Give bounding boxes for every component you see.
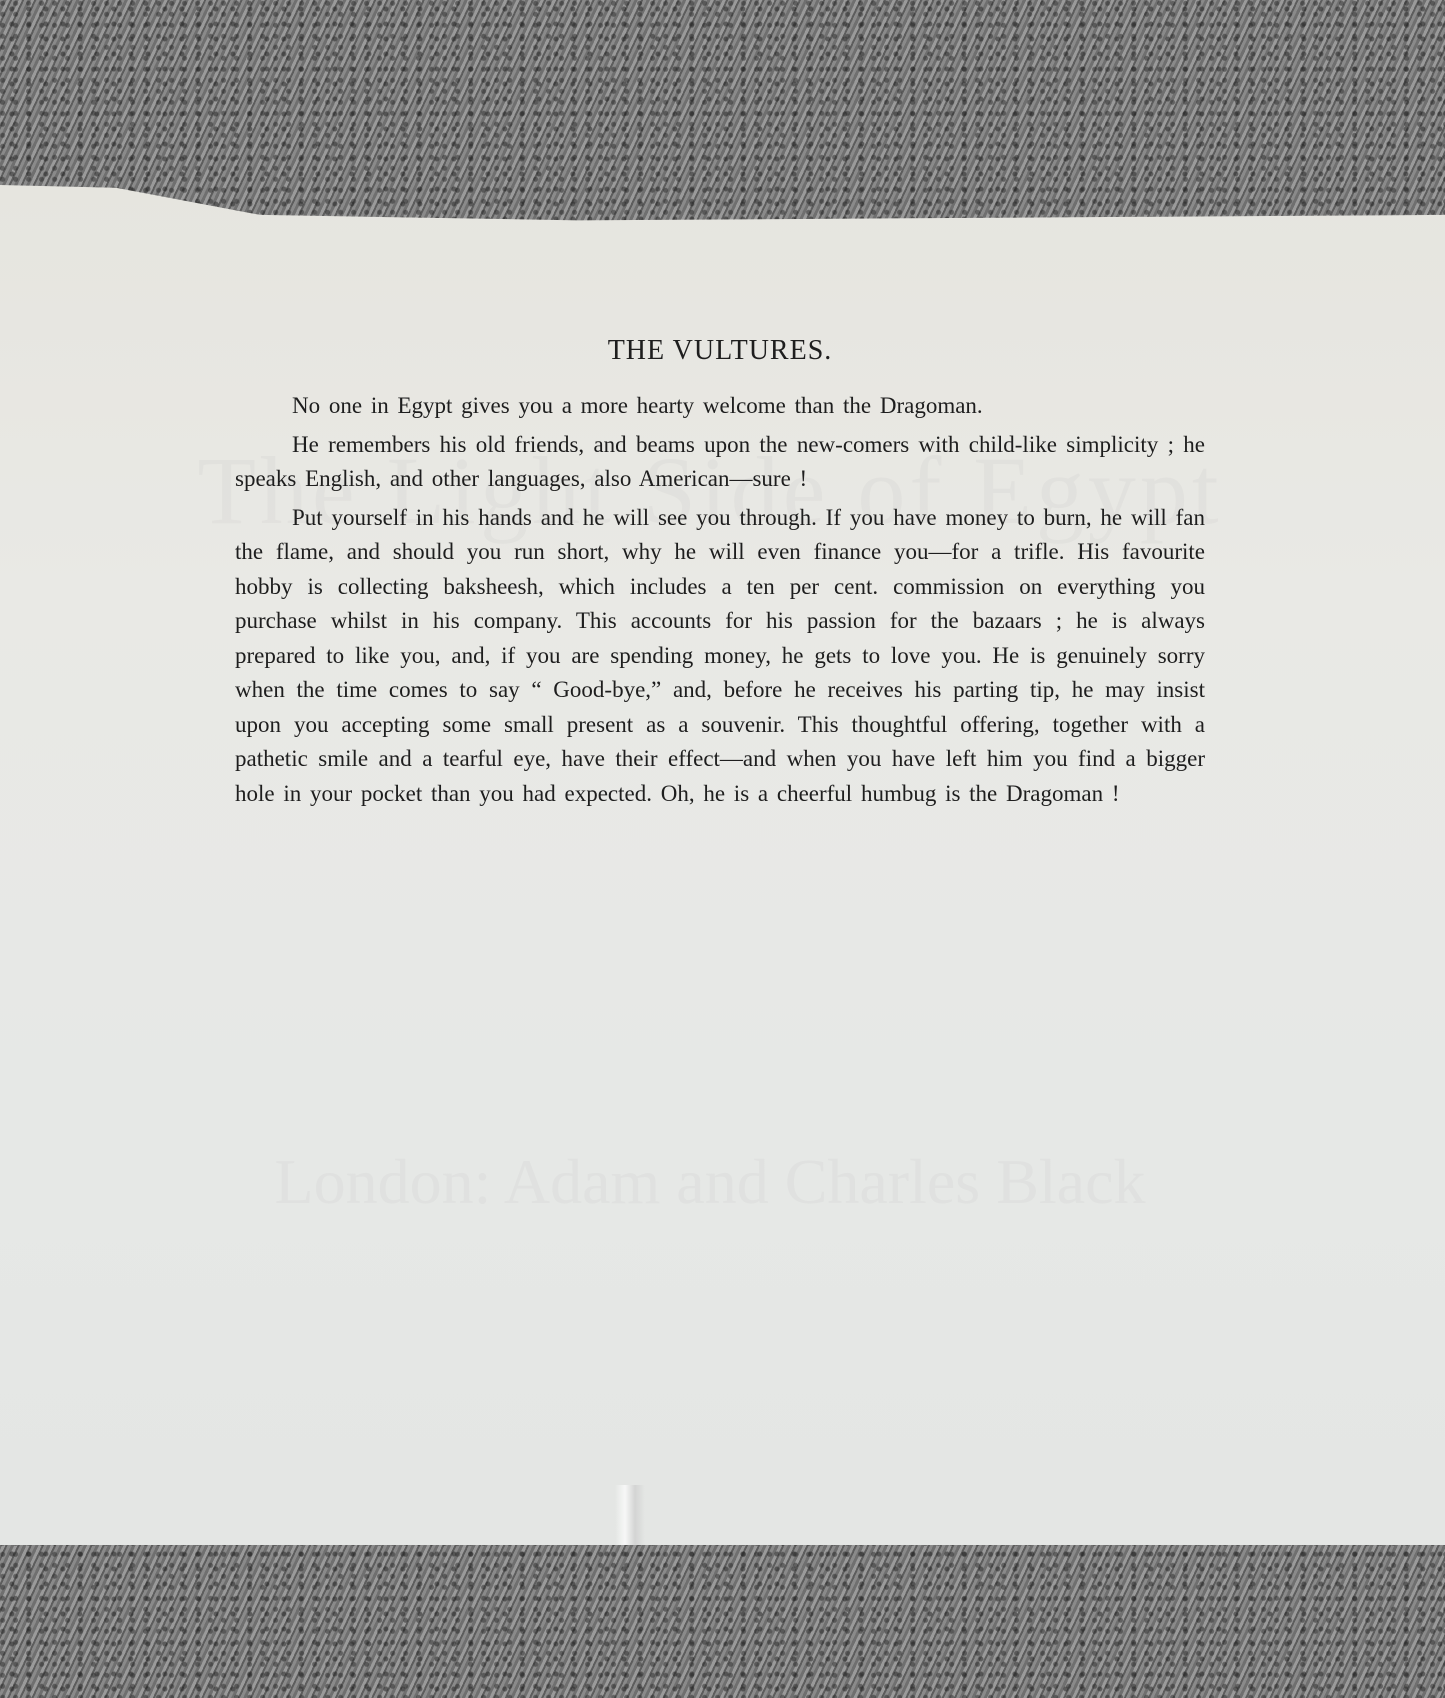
show-through-publisher: London: Adam and Charles Black <box>160 1145 1260 1219</box>
paragraph-3: Put yourself in his hands and he will se… <box>235 501 1205 812</box>
chapter-heading: THE VULTURES. <box>235 335 1205 367</box>
page-content: THE VULTURES. No one in Egypt gives you … <box>235 335 1205 811</box>
paragraph-1: No one in Egypt gives you a more hearty … <box>235 389 1205 424</box>
paragraph-2: He remembers his old friends, and beams … <box>235 428 1205 497</box>
paper-crease <box>615 1485 645 1545</box>
